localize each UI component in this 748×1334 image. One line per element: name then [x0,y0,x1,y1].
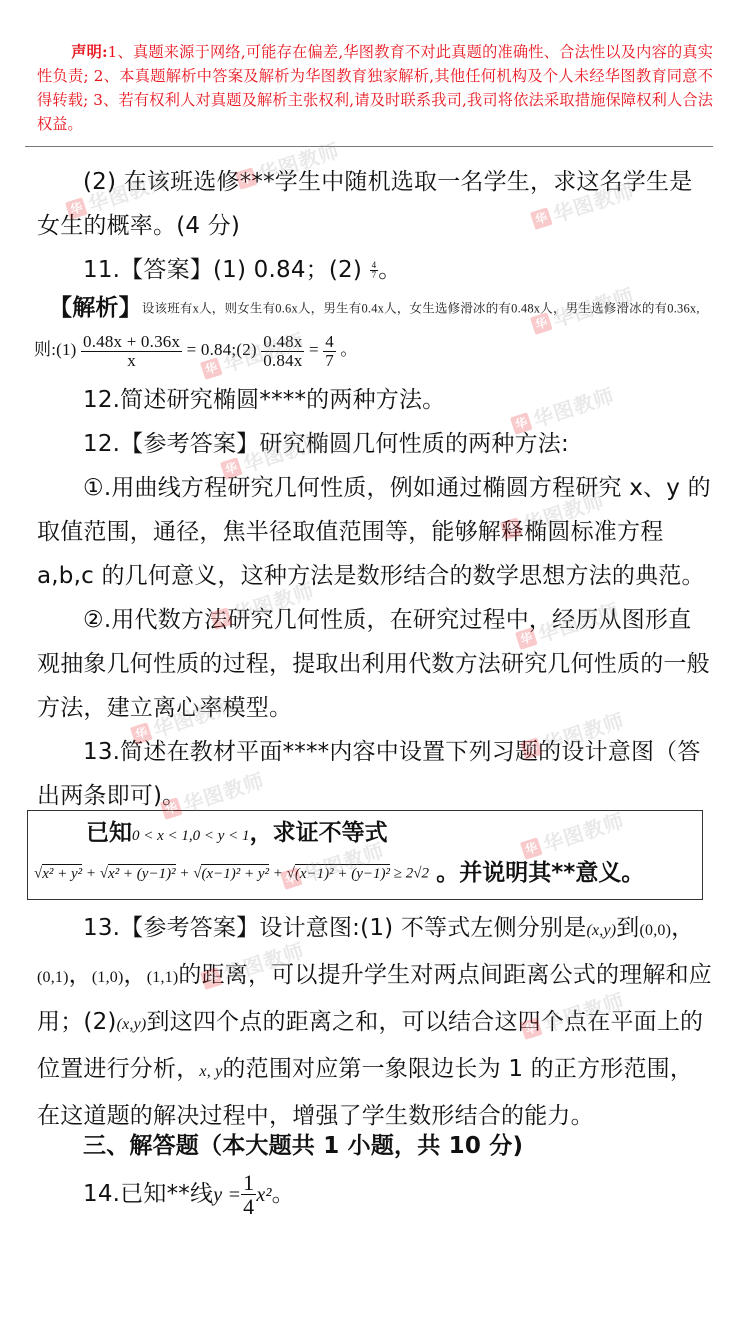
q12-question: 12.简述研究椭圆****的两种方法。 [37,378,713,422]
formula-end: 。 [340,340,357,359]
disclaimer-text: 1、真题来源于网络,可能存在偏差,华图教育不对此真题的准确性、合法性以及内容的真… [37,43,713,133]
q14-end: 。 [272,1181,295,1207]
sep-2: ， [69,962,92,988]
q12-answer-title-text: 12.【参考答案】研究椭圆几何性质的两种方法: [83,431,569,457]
word-to: 到 [616,915,639,941]
q14-rhs: x² [256,1184,271,1206]
fraction-2: 0.48x0.84x [261,333,304,370]
q13-problem-box: 已知0 < x < 1,0 < y < 1，求证不等式 √x² + y² + √… [27,810,703,900]
fraction-3: 47 [323,333,336,370]
q11-analysis: 【解析】设该班有x人，则女生有0.6x人，男生有0.4x人，女生选修滑冰的有0.… [37,290,713,327]
analysis-label: 【解析】 [49,295,142,321]
box-prefix: 已知 [86,820,132,846]
section-3-title: 三、解答题（本大题共 1 小题，共 10 分) [37,1124,713,1168]
q11-answer-end: 。 [378,257,401,283]
q12-point2-text: ②.用代数方法研究几何性质，在研究过程中，经历从图形直观抽象几何性质的过程，提取… [37,607,710,721]
formula-equals: = [309,340,319,359]
formula-prefix: 则:(1) [34,340,77,359]
q14-fraction: 14 [241,1171,256,1218]
formula-result-1: = 0.84;(2) [187,340,257,359]
q11-part2-text: (2) 在该班选修***学生中随机选取一名学生，求这名学生是女生的概率。(4 分… [37,169,692,239]
q12-point1: ①.用曲线方程研究几何性质，例如通过椭圆方程研究 x、y 的取值范围，通径，焦半… [37,466,713,598]
q11-answer-fraction: 47 [370,261,379,281]
box-suffix: ，求证不等式 [250,820,388,846]
var-xy: x, y [199,1063,222,1080]
inequality: √x² + y² + √x² + (y−1)² + √(x−1)² + y² +… [34,864,429,882]
q13-question: 13.简述在教材平面****内容中设置下列习题的设计意图（答出两条即可)。 [37,730,713,818]
q11-part2: (2) 在该班选修***学生中随机选取一名学生，求这名学生是女生的概率。(4 分… [37,160,713,248]
analysis-text: 设该班有x人，则女生有0.6x人，男生有0.4x人，女生选修滑冰的有0.48x人… [142,302,700,316]
divider [25,146,713,147]
box-end: 。并说明其**意义。 [436,860,644,886]
q11-analysis-formula: 则:(1) 0.48x + 0.36xx = 0.84;(2) 0.48x0.8… [34,328,710,372]
fraction-1: 0.48x + 0.36xx [81,333,182,370]
box-condition: 0 < x < 1,0 < y < 1 [132,828,250,844]
q14: 14.已知**线y =14x²。 [37,1164,713,1225]
sep-3: ， [124,962,147,988]
q12-answer-title: 12.【参考答案】研究椭圆几何性质的两种方法: [37,422,713,466]
point-xy-2: (x,y) [117,1016,147,1033]
point-01: (0,1) [37,969,69,986]
sep-1: ， [671,915,694,941]
q13-answer-p1a: (1) 不等式左侧分别是 [360,915,586,941]
q11-answer-text: 11.【答案】(1) 0.84；(2) [83,257,362,283]
q13-answer: 13.【参考答案】设计意图:(1) 不等式左侧分别是(x,y)到(0,0)， (… [37,906,713,1138]
disclaimer: 声明:1、真题来源于网络,可能存在偏差,华图教育不对此真题的准确性、合法性以及内… [37,40,713,136]
q12-point1-text: ①.用曲线方程研究几何性质，例如通过椭圆方程研究 x、y 的取值范围，通径，焦半… [37,475,711,589]
point-00: (0,0) [640,922,672,939]
point-xy: (x,y) [586,922,616,939]
box-line-1: 已知0 < x < 1,0 < y < 1，求证不等式 [86,815,388,854]
q13-answer-title: 13.【参考答案】设计意图: [83,915,360,941]
q14-prefix: 14.已知**线 [83,1181,213,1207]
q13-question-text: 13.简述在教材平面****内容中设置下列习题的设计意图（答出两条即可)。 [37,739,701,809]
q11-answer: 11.【答案】(1) 0.84；(2) 47。 [37,248,713,292]
q12-point2: ②.用代数方法研究几何性质，在研究过程中，经历从图形直观抽象几何性质的过程，提取… [37,598,713,730]
q12-question-text: 12.简述研究椭圆****的两种方法。 [83,387,445,413]
disclaimer-label: 声明: [71,43,108,61]
point-11: (1,1) [147,969,179,986]
section-3-title-text: 三、解答题（本大题共 1 小题，共 10 分) [83,1133,523,1159]
point-10: (1,0) [92,969,124,986]
q14-lhs: y = [213,1184,241,1206]
box-line-2: √x² + y² + √x² + (y−1)² + √(x−1)² + y² +… [34,853,644,894]
